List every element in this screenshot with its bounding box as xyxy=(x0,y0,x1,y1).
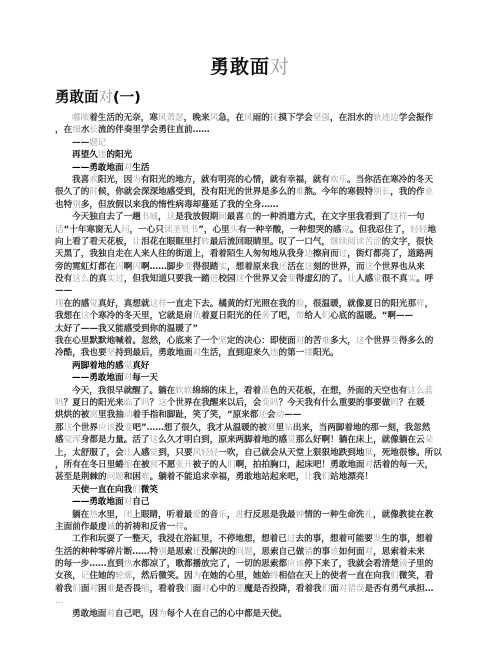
subheading-line: ——勇敢地面对每一天 xyxy=(55,372,445,384)
light-char: 诚 xyxy=(107,522,116,532)
light-char: 这 xyxy=(158,398,167,408)
light-char: 间 xyxy=(218,212,227,222)
light-char: 吗 xyxy=(390,398,399,408)
light-char: 还 xyxy=(193,547,202,557)
text-line: 感觉浑身都是力量。活了这么久才明白到，原来两脚着地的感觉那么好啊！躺在床上，就像… xyxy=(55,434,445,446)
text-line: 话“十年寒窗无人问，一心只读圣贤书”，心里头有一种辛酸，一种想哭的感觉。但我忍住… xyxy=(55,224,445,236)
light-char: 风萧瑟 xyxy=(158,113,184,123)
light-char: 让 xyxy=(347,274,356,284)
text-line: 嘟哝着生活的无奈，寒风萧瑟，晚来风急，在风雨的抚摸下学会坚强，在泪水的轨迹边学会… xyxy=(55,112,445,124)
light-char: 们 xyxy=(322,311,331,321)
light-char: 为 xyxy=(158,609,167,619)
light-char: 应该 xyxy=(287,559,304,569)
light-char: 对错误 xyxy=(339,584,365,594)
light-char: 对 xyxy=(106,609,115,619)
light-char: 负 xyxy=(193,311,202,321)
text-line: 甚至是荆棘的问题和困难。躺着不能追求幸福，勇敢地站起来吧，让我们站地漂亮！ xyxy=(55,471,445,483)
section-heading: 勇敢面对(一) xyxy=(55,89,445,107)
light-char: 们 xyxy=(322,472,331,482)
light-char: 该 xyxy=(330,547,339,557)
text-line: 生活的种种零碎片断……特别是思索还没解决的问题，思索自己做错的事该如何面对，思索… xyxy=(55,546,445,558)
text-line: ——题记 xyxy=(55,137,445,149)
light-char: 对 xyxy=(193,348,202,358)
light-char: … xyxy=(55,596,64,606)
subheading-line: ——勇敢地面对生活 xyxy=(55,162,445,174)
text-line: 躺在热水里，闭上眼睛，听着最爱的音乐，进行反思是我最钟情的一种生命洗礼，就像教徒… xyxy=(55,509,445,521)
light-char: 闪 xyxy=(115,262,124,272)
light-char: 别长 xyxy=(373,187,390,197)
text-line: … xyxy=(55,595,445,607)
subheading-line: ——勇敢地面对自己 xyxy=(55,496,445,508)
document-content: 勇敢面对 勇敢面对(一) 嘟哝着生活的无奈，寒风萧瑟，晚来风急，在风雨的抚摸下学… xyxy=(0,0,500,620)
light-char: 还 xyxy=(258,410,267,420)
light-char: 时 xyxy=(89,187,98,197)
light-char: 吗 xyxy=(55,398,64,408)
text-line: 没有这么的真实过，但我知道只要我一踏进校园这个世界又会变得虚幻的了。让人感觉很不… xyxy=(55,273,445,285)
light-char: 错 xyxy=(304,547,313,557)
light-char: 对 xyxy=(124,373,133,383)
document-page: 勇敢面对 勇敢面对(一) 嘟哝着生活的无奈，寒风萧瑟，晚来风急，在风雨的抚摸下学… xyxy=(0,0,500,647)
light-char: 嘟哝 xyxy=(72,113,89,123)
light-char: 应该 xyxy=(98,423,115,433)
light-char: 为 xyxy=(132,175,141,185)
light-char: 别 xyxy=(72,200,81,210)
light-char: 觉 xyxy=(89,299,98,309)
subheading-line: 再望久违的阳光 xyxy=(55,149,445,161)
document-body: 嘟哝着生活的无奈，寒风萧瑟，晚来风急，在风雨的抚摸下学会坚强，在泪水的轨迹边学会… xyxy=(55,112,445,620)
text-line: 吗？夏日的阳光来临了吗？这个世界在我醒来以后，会变吗？今天我有什么重要的事要做吗… xyxy=(55,397,445,409)
light-char: 过 xyxy=(339,249,348,259)
text-line: 工作和玩耍了一整天，我浸在浴缸里，不停地想，想着已过去的事，想着可能要发生的事，… xyxy=(55,533,445,545)
light-char: 对 xyxy=(89,584,98,594)
light-char: 狱 xyxy=(364,448,373,458)
light-char: 实过 xyxy=(107,274,124,284)
light-char: 这 xyxy=(304,262,313,272)
light-char: 这么 xyxy=(72,274,89,284)
light-char: 对 xyxy=(124,163,133,173)
light-char: 这么蓝 xyxy=(407,386,433,396)
light-char: 业 xyxy=(425,187,434,197)
light-char: 这 xyxy=(64,423,73,433)
light-char: 闪 xyxy=(132,262,141,272)
light-char: 对 xyxy=(365,547,374,557)
light-char: 欢 xyxy=(89,175,98,185)
light-char: 这 xyxy=(365,262,374,272)
light-char: 闭 xyxy=(124,510,133,520)
text-line: ，在细水长流的伴奏里学会勇往直前…… xyxy=(55,124,445,136)
light-char: 这 xyxy=(167,212,176,222)
text-line: 也特别多，但放假以来我的惰性病毒却蔓延了我的全身…… xyxy=(55,199,445,211)
light-char: 读圣贤书 xyxy=(164,225,198,235)
text-line: 我想在这个寒冷的冬天里，它就是肩负着夏日阳光的任务了吧，带给人们心底的温暖。“啊… xyxy=(55,310,445,322)
text-line: 那这个世界应该没变吧”……想了很久，我才从温暖的被窝里钻出来，当两脚着地的那一刻… xyxy=(55,422,445,434)
text-line: 太好了——我又能感受到你的温暖了” xyxy=(55,323,445,335)
light-char: 们 xyxy=(322,584,331,594)
light-char: 这样 xyxy=(390,212,407,222)
light-char: 风 xyxy=(210,113,219,123)
light-char: 动 xyxy=(124,410,133,420)
light-char: 觉 xyxy=(373,274,382,284)
light-char: 难 xyxy=(107,584,116,594)
light-char: 蓝 xyxy=(261,386,270,396)
light-char: 边 xyxy=(304,249,313,259)
light-char: 欢 xyxy=(244,212,253,222)
light-char: 过 xyxy=(287,534,296,544)
light-char: 违 xyxy=(270,348,279,358)
light-char: 朵 xyxy=(425,435,434,445)
light-char: 觉浑 xyxy=(64,435,81,445)
light-char: 对 xyxy=(124,497,133,507)
text-line: 天黑了，我独自走在人来人往的街道上，看着陌生人匆匆地从我身边擦肩而过，街灯都亮了… xyxy=(55,248,445,260)
text-line: 今天独自去了一趟书城，这是我放假期间最喜欢的一种消遣方式，在文字里我看到了这样一… xyxy=(55,211,445,223)
text-line: 今天，我很早就醒了。躺在软软绵绵的床上，看着蓝色的天花板，在想，外面的天空也有这… xyxy=(55,385,445,397)
light-char: 难 xyxy=(296,187,305,197)
light-char: 缩 xyxy=(124,460,133,470)
light-char: 转 xyxy=(201,237,210,247)
light-char: 们 xyxy=(390,571,399,581)
light-char: 问题 xyxy=(107,472,124,482)
light-char: 违 xyxy=(98,150,107,160)
light-char: 变 xyxy=(390,336,399,346)
light-char: 脸 xyxy=(296,299,305,309)
light-char: 实 xyxy=(408,274,417,284)
light-char: 变 xyxy=(184,262,193,272)
document-title: 勇敢面对 xyxy=(55,54,445,80)
light-char: 这 xyxy=(356,336,365,346)
light-char: 恶 xyxy=(236,584,245,594)
light-char: 这样 xyxy=(150,299,167,309)
light-char: 别 xyxy=(158,547,167,557)
text-line: 主面前作最虔诚的祈祷和反省一样。 xyxy=(55,521,445,533)
light-char: 样 xyxy=(175,522,184,532)
light-char: 乐 xyxy=(218,510,227,520)
light-char: 轮廓 xyxy=(115,571,132,581)
text-line: 现在的感觉真好，真想就这样一直走下去。橘黄的灯光照在我的脸，很温暖，就像夏日的阳… xyxy=(55,298,445,310)
light-char: 为 xyxy=(193,571,202,581)
light-char: 对 xyxy=(296,336,305,346)
light-char: 们 xyxy=(132,485,141,495)
light-char: 进 xyxy=(210,274,219,284)
light-char: 继续阅读苦涩 xyxy=(330,237,382,247)
text-line: 我喜欢阳光，因为有阳光的地方，就有明亮的心情，就有幸福，就有欢乐。当你活在寒冷的… xyxy=(55,174,445,186)
light-char: 难 xyxy=(321,336,330,346)
light-char: 缕 xyxy=(304,348,313,358)
light-char: 对 xyxy=(365,460,374,470)
light-char: 记 xyxy=(81,571,90,581)
light-char: 书城 xyxy=(141,212,158,222)
light-char: 题记 xyxy=(89,138,106,148)
text-line: 冷酷，我也要坚持到最后，勇敢地面对生活，直到迎来久违的第一缕阳光。 xyxy=(55,347,445,359)
light-char: 们 xyxy=(72,584,81,594)
light-char: 对 xyxy=(270,56,290,78)
light-char: 软软 xyxy=(175,386,192,396)
light-char: 坚 xyxy=(218,336,227,346)
light-char: 缩 xyxy=(141,584,150,594)
light-char: 爱 xyxy=(192,510,201,520)
light-char: 临 xyxy=(124,398,133,408)
light-char: 务 xyxy=(261,311,270,321)
text-line: 的每一步……直到热水都凉了，歌都播放完了，一切的思索都应该停下来了，我就会看清楚… xyxy=(55,558,445,570)
light-char: 现 xyxy=(55,299,64,309)
text-line: 上，太舒服了，会让人感觉到，只要风轻轻一吹，自己就会从天堂上狠狠地跌到地狱，死地… xyxy=(55,447,445,459)
light-char: 这 xyxy=(236,274,245,284)
light-char: 话 xyxy=(55,225,64,235)
light-char: 问题 xyxy=(236,547,253,557)
light-char: 难 xyxy=(141,472,150,482)
light-char: 们 xyxy=(184,584,193,594)
light-char: 觉 xyxy=(150,448,159,458)
light-char: 变 xyxy=(287,274,296,284)
light-char: 钻 xyxy=(284,423,293,433)
light-char: 头 xyxy=(230,225,239,235)
light-char: 觉 xyxy=(287,435,296,445)
light-char: 轨迹边 xyxy=(373,113,399,123)
light-char: 实 xyxy=(218,262,227,272)
light-char: 镜 xyxy=(399,559,408,569)
text-line: 向上看了看天花板，让泪花在眼眶里打转最后流回眼睛里。叹了一口气，继续阅读苦涩的文… xyxy=(55,236,445,248)
light-char: 窝 xyxy=(267,423,276,433)
text-line: 着我们面对困难是否畏缩，看着我们面对心中的恶魔是否投降，看着我们面对错误是否有勇… xyxy=(55,583,445,595)
light-char: 让 xyxy=(304,472,313,482)
light-char: 钟 xyxy=(296,510,305,520)
light-char: 吗 xyxy=(141,398,150,408)
light-char: 热 xyxy=(89,510,98,520)
subheading-line: 两脚着地的感觉真好 xyxy=(55,360,445,372)
light-char: 对 xyxy=(99,90,114,106)
subheading-line: 天使一直在向我们微笑 xyxy=(55,484,445,496)
light-char: 长 xyxy=(89,125,98,135)
light-char: 窝 xyxy=(89,410,98,420)
light-char: 带 xyxy=(296,311,305,321)
light-char: 终 xyxy=(270,571,279,581)
light-char: 动 xyxy=(276,410,285,420)
light-char: 变吗 xyxy=(261,398,278,408)
light-char: 风轻轻 xyxy=(193,448,219,458)
light-char: 坚强 xyxy=(313,113,330,123)
light-char: 让 xyxy=(124,448,133,458)
light-char: 样 xyxy=(416,299,425,309)
light-char: 礼 xyxy=(364,510,373,520)
light-char: 这 xyxy=(150,435,159,445)
light-char: 还 xyxy=(279,262,288,272)
text-line: 旁的霓虹灯都在闪啊闪啊……脚步变得很踏实，想着原来我还活在这刻的世界，而这个世界… xyxy=(55,261,445,273)
light-char: 欢乐 xyxy=(330,175,347,185)
light-char: 变 xyxy=(124,423,133,433)
text-line: 很久了的时候，你就会深深地感受到，没有阳光的世界是多么的难熬。今年的寒假特别长，… xyxy=(55,186,445,198)
light-char: 觉 xyxy=(124,361,133,371)
text-line: 烘烘的被窝里我抽动着手指和脚趾，笑了笑，“原来都还会动—— xyxy=(55,409,445,421)
light-char: 细 xyxy=(72,125,81,135)
light-char: 窝 xyxy=(150,460,159,470)
light-char: 发 xyxy=(373,534,382,544)
light-char: 风 xyxy=(244,113,253,123)
light-char: 让 xyxy=(132,237,141,247)
text-line: —— xyxy=(55,285,445,297)
light-char: 轻轻 xyxy=(410,225,427,235)
text-line: ，所有在冬日里蜷缩在被窝不愿张开被子的人们啊，拍拍胸口，起床吧！勇敢地面对活着的… xyxy=(55,459,445,471)
light-char: 问 xyxy=(121,225,130,235)
light-char: 坚 xyxy=(107,348,116,358)
light-char: 这 xyxy=(81,311,90,321)
light-char: 对 xyxy=(201,584,210,594)
light-char: 们 xyxy=(227,460,236,470)
text-line: 我在心里默默地喊着。忽然，心底来了一个坚定的决心：即使面对的苦难多大，这个世界变… xyxy=(55,335,445,347)
light-char: 进 xyxy=(235,510,244,520)
light-char: 热 xyxy=(124,559,133,569)
text-line: 女孩，记住她的轮廓，然后微笑。因为在她的心里，她始终相信在天上的使者一直在向我们… xyxy=(55,570,445,582)
light-char: 张开 xyxy=(175,460,192,470)
light-char: 觉 xyxy=(341,225,350,235)
text-line: 勇敢地面对自己吧，因为每个人在自己的心中都是天使。 xyxy=(55,608,445,620)
light-char: 抚 xyxy=(270,113,279,123)
